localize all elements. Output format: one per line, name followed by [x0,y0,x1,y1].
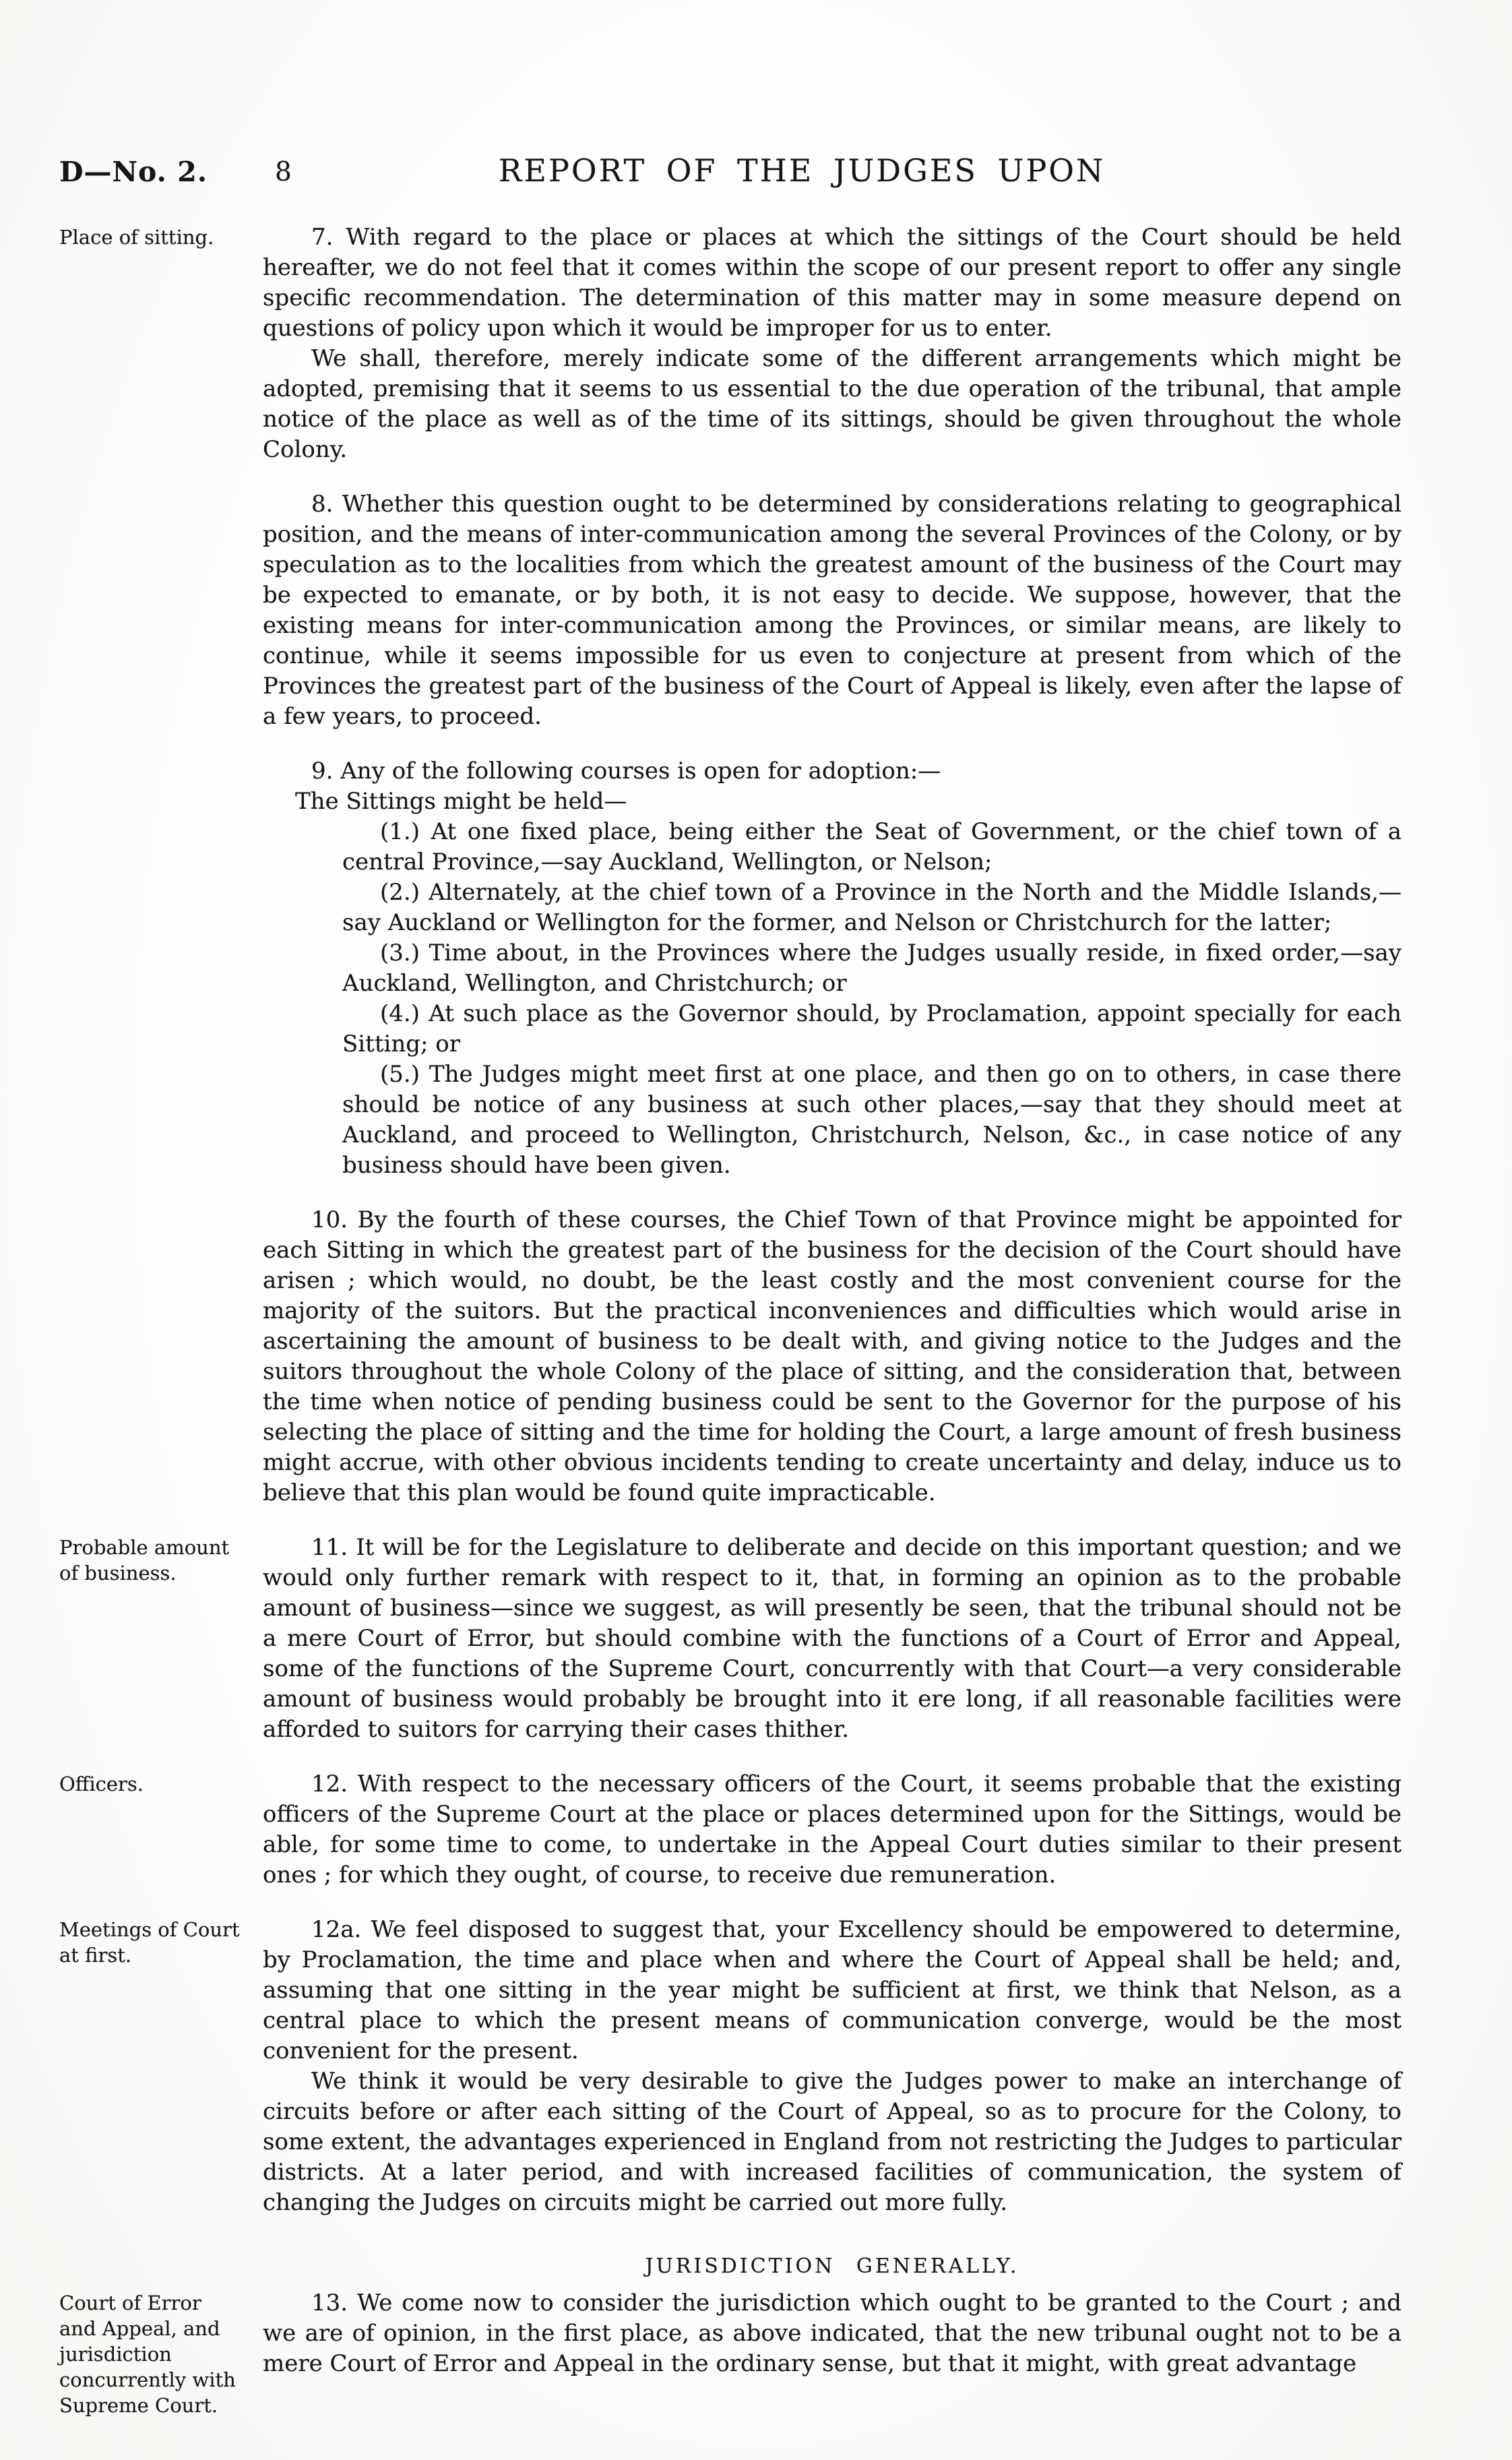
margin-note-meetings: Meetings of Court at first. [59,1915,263,2218]
list-item-3: (3.) Time about, in the Provinces where … [342,938,1401,999]
margin-note-empty-heading [59,2254,263,2279]
section-paragraph-8: 8. Whether this question ought to be det… [59,489,1401,732]
paragraph-8: 8. Whether this question ought to be det… [263,489,1401,732]
paragraph-9-intro: 9. Any of the following courses is open … [263,756,1401,787]
paragraph-group-8: 8. Whether this question ought to be det… [263,489,1401,732]
list-item-2: (2.) Alternately, at the chief town of a… [342,878,1401,938]
margin-note-probable-amount: Probable amount of business. [59,1533,263,1745]
doc-reference: D—No. 2. [59,158,208,186]
page-header: D—No. 2. 8 REPORT OF THE JUDGES UPON [0,147,1512,186]
paragraph-12: 12. With respect to the necessary office… [263,1769,1401,1890]
section-paragraph-9: 9. Any of the following courses is open … [59,756,1401,1181]
paragraph-group-7: 7. With regard to the place or places at… [263,222,1401,465]
paragraph-7: 7. With regard to the place or places at… [263,222,1401,344]
section-heading-jurisdiction: JURISDICTION GENERALLY. [263,2254,1401,2279]
list-item-4: (4.) At such place as the Governor shoul… [342,999,1401,1059]
paragraph-group-10: 10. By the fourth of these courses, the … [263,1205,1401,1508]
margin-note-empty-8 [59,489,263,732]
paragraph-group-12: 12. With respect to the necessary office… [263,1769,1401,1890]
paragraph-13: 13. We come now to consider the jurisdic… [263,2288,1401,2379]
list-item-1: (1.) At one fixed place, being either th… [342,817,1401,878]
paragraph-group-13: 13. We come now to consider the jurisdic… [263,2288,1401,2418]
paragraph-group-12a: 12a. We feel disposed to suggest that, y… [263,1915,1401,2218]
paragraph-group-9: 9. Any of the following courses is open … [263,756,1401,1181]
paragraph-10: 10. By the fourth of these courses, the … [263,1205,1401,1508]
margin-note-officers: Officers. [59,1769,263,1890]
list-item-5: (5.) The Judges might meet first at one … [342,1059,1401,1181]
margin-note-empty-10 [59,1205,263,1508]
section-meetings-of-court: Meetings of Court at first. 12a. We feel… [59,1915,1401,2218]
section-paragraph-10: 10. By the fourth of these courses, the … [59,1205,1401,1508]
paragraph-9-subintro: The Sittings might be held— [263,787,1401,817]
running-title: REPORT OF THE JUDGES UPON [263,155,1341,186]
paragraph-7-continued: We shall, therefore, merely indicate som… [263,344,1401,465]
margin-note-empty-9 [59,756,263,1181]
paragraph-group-11: 11. It will be for the Legislature to de… [263,1533,1401,1745]
section-officers: Officers. 12. With respect to the necess… [59,1769,1401,1890]
paragraph-11: 11. It will be for the Legislature to de… [263,1533,1401,1745]
section-probable-amount-of-business: Probable amount of business. 11. It will… [59,1533,1401,1745]
margin-note-court-of-error: Court of Error and Appeal, and jurisdict… [59,2288,263,2418]
paragraph-12a: 12a. We feel disposed to suggest that, y… [263,1915,1401,2066]
margin-note-place-of-sitting: Place of sitting. [59,222,263,465]
document-body: Place of sitting. 7. With regard to the … [59,222,1401,2442]
section-jurisdiction-heading: JURISDICTION GENERALLY. [59,2254,1401,2279]
section-place-of-sitting: Place of sitting. 7. With regard to the … [59,222,1401,465]
section-court-of-error: Court of Error and Appeal, and jurisdict… [59,2288,1401,2418]
paragraph-12a-continued: We think it would be very desirable to g… [263,2066,1401,2218]
document-page: D—No. 2. 8 REPORT OF THE JUDGES UPON Pla… [0,0,1512,2460]
